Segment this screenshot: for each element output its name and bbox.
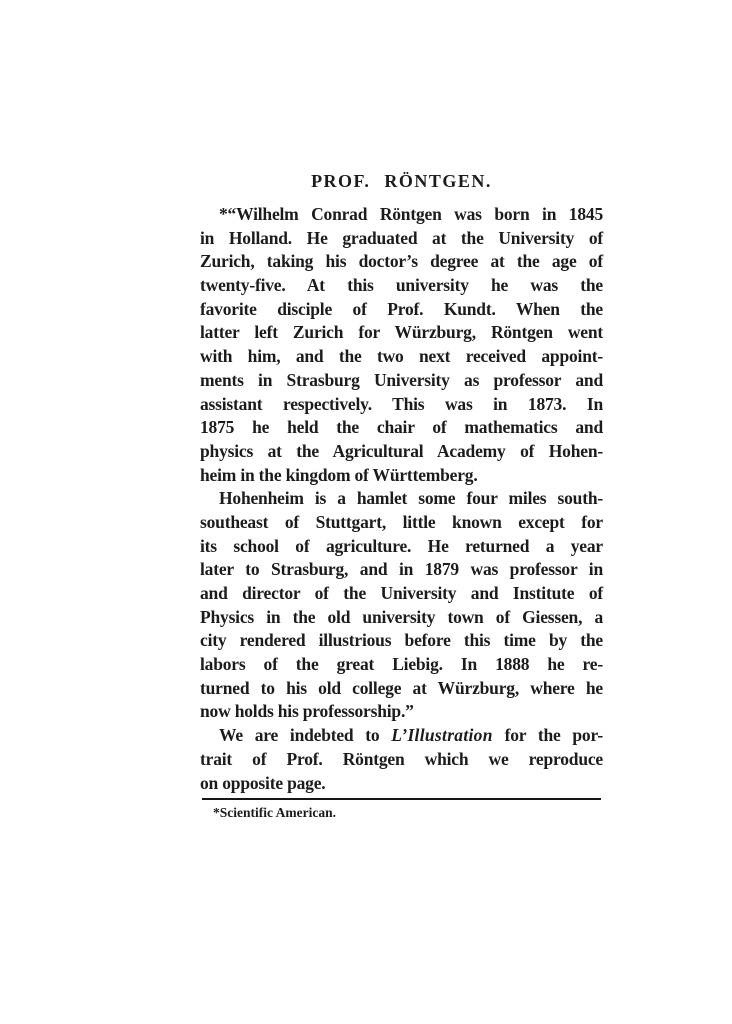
text-line: city rendered illustrious before this ti… (200, 629, 603, 653)
text-line: its school of agriculture. He returned a… (200, 535, 603, 559)
text-line: Hohenheim is a hamlet some four miles so… (200, 487, 603, 511)
text-line: later to Strasburg, and in 1879 was prof… (200, 558, 603, 582)
text-line: assistant respectively. This was in 1873… (200, 393, 603, 417)
text-line: ments in Strasburg University as profess… (200, 369, 603, 393)
text-line: trait of Prof. Röntgen which we reproduc… (200, 748, 603, 772)
text-line: We are indebted to L’Illustration for th… (200, 724, 603, 748)
text-line: with him, and the two next received appo… (200, 345, 603, 369)
footnote-source: *Scientific American. (200, 804, 603, 822)
footnote-divider (202, 798, 601, 800)
text-line: latter left Zurich for Würzburg, Röntgen… (200, 321, 603, 345)
text-line: in Holland. He graduated at the Universi… (200, 227, 603, 251)
text-line: physics at the Agricultural Academy of H… (200, 440, 603, 464)
text-line: labors of the great Liebig. In 1888 he r… (200, 653, 603, 677)
paragraph-2: Hohenheim is a hamlet some four miles so… (200, 487, 603, 724)
text-line: heim in the kingdom of Württemberg. (200, 464, 603, 488)
text-segment: for the por- (493, 725, 603, 745)
text-line: *“Wilhelm Conrad Röntgen was born in 184… (200, 203, 603, 227)
paragraph-3: We are indebted to L’Illustration for th… (200, 724, 603, 795)
paragraph-1: *“Wilhelm Conrad Röntgen was born in 184… (200, 203, 603, 487)
text-line: now holds his professorship.” (200, 700, 603, 724)
text-line: southeast of Stuttgart, little known exc… (200, 511, 603, 535)
text-segment: We are indebted to (219, 725, 391, 745)
text-line: 1875 he held the chair of mathematics an… (200, 416, 603, 440)
body-text: *“Wilhelm Conrad Röntgen was born in 184… (200, 203, 603, 795)
scanned-book-page: { "title": "PROF. RÖNTGEN.", "p1": [ "*“… (0, 0, 732, 1024)
text-line: twenty-five. At this university he was t… (200, 274, 603, 298)
page-column: PROF. RÖNTGEN. *“Wilhelm Conrad Röntgen … (200, 170, 603, 822)
text-line: favorite disciple of Prof. Kundt. When t… (200, 298, 603, 322)
text-line: on opposite page. (200, 772, 603, 796)
page-title: PROF. RÖNTGEN. (200, 170, 603, 192)
citation-title: L’Illustration (391, 725, 492, 745)
text-line: Physics in the old university town of Gi… (200, 606, 603, 630)
text-line: Zurich, taking his doctor’s degree at th… (200, 250, 603, 274)
text-line: turned to his old college at Würzburg, w… (200, 677, 603, 701)
text-line: and director of the University and Insti… (200, 582, 603, 606)
